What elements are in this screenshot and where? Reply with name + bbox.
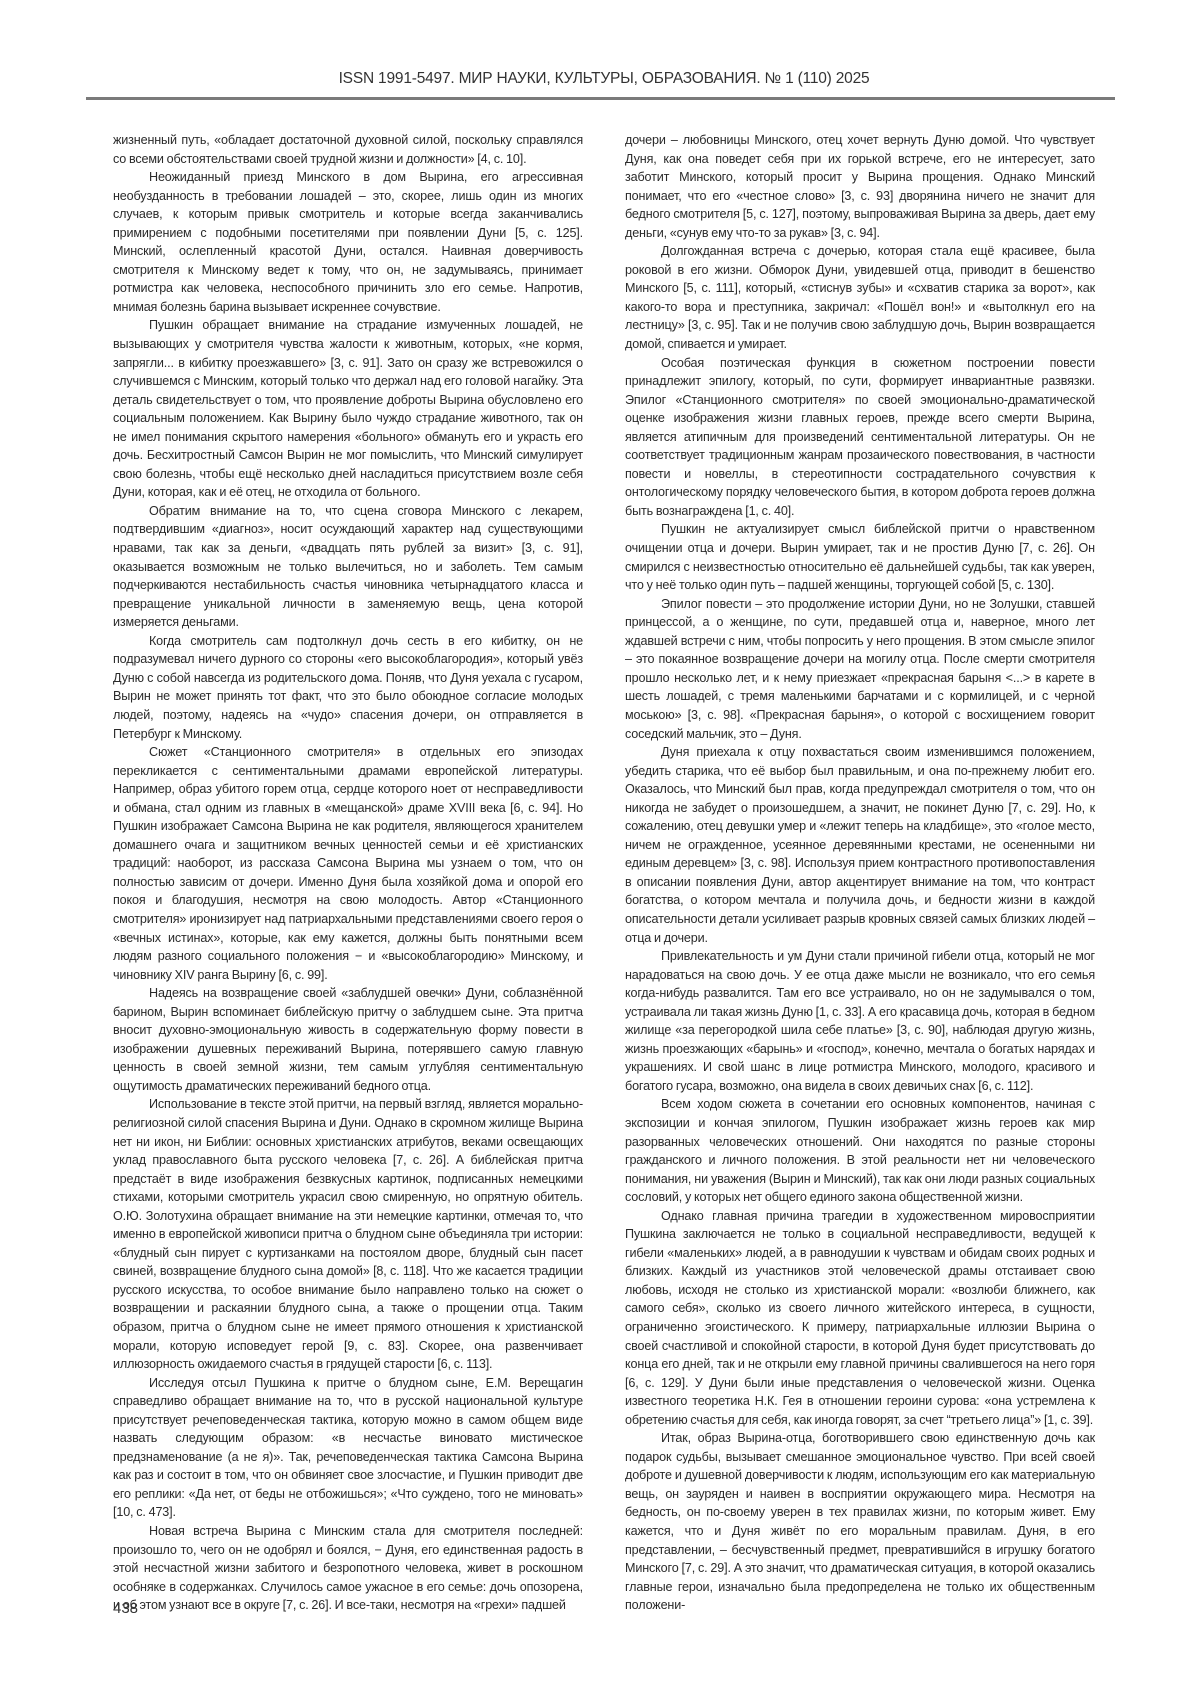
paragraph: Использование в тексте этой притчи, на п… [113, 1095, 583, 1373]
right-column: дочери – любовницы Минского, отец хочет … [625, 131, 1095, 1615]
paragraph: Привлекательность и ум Дуни стали причин… [625, 947, 1095, 1095]
page-number: 438 [113, 1600, 138, 1617]
paragraph: дочери – любовницы Минского, отец хочет … [625, 131, 1095, 242]
header-rule [86, 97, 1115, 100]
paragraph: Исследуя отсыл Пушкина к притче о блудно… [113, 1374, 583, 1522]
paragraph: Надеясь на возвращение своей «заблудшей … [113, 984, 583, 1095]
paragraph: жизненный путь, «обладает достаточной ду… [113, 131, 583, 168]
paragraph: Дуня приехала к отцу похвастаться своим … [625, 743, 1095, 947]
paragraph: Неожиданный приезд Минского в дом Вырина… [113, 168, 583, 316]
paragraph: Однако главная причина трагедии в художе… [625, 1207, 1095, 1430]
paragraph: Новая встреча Вырина с Минским стала для… [113, 1522, 583, 1615]
paragraph: Особая поэтическая функция в сюжетном по… [625, 354, 1095, 521]
paragraph: Всем ходом сюжета в сочетании его основн… [625, 1095, 1095, 1206]
paragraph: Сюжет «Станционного смотрителя» в отдель… [113, 743, 583, 984]
paragraph: Обратим внимание на то, что сцена сговор… [113, 502, 583, 632]
running-header: ISSN 1991-5497. МИР НАУКИ, КУЛЬТУРЫ, ОБР… [104, 70, 1104, 88]
paragraph: Долгожданная встреча с дочерью, которая … [625, 242, 1095, 353]
paragraph: Когда смотритель сам подтолкнул дочь сес… [113, 632, 583, 743]
left-column: жизненный путь, «обладает достаточной ду… [113, 131, 583, 1615]
paragraph: Пушкин не актуализирует смысл библейской… [625, 520, 1095, 594]
paragraph: Итак, образ Вырина-отца, боготворившего … [625, 1429, 1095, 1614]
paragraph: Пушкин обращает внимание на страдание из… [113, 316, 583, 501]
paragraph: Эпилог повести – это продолжение истории… [625, 595, 1095, 743]
